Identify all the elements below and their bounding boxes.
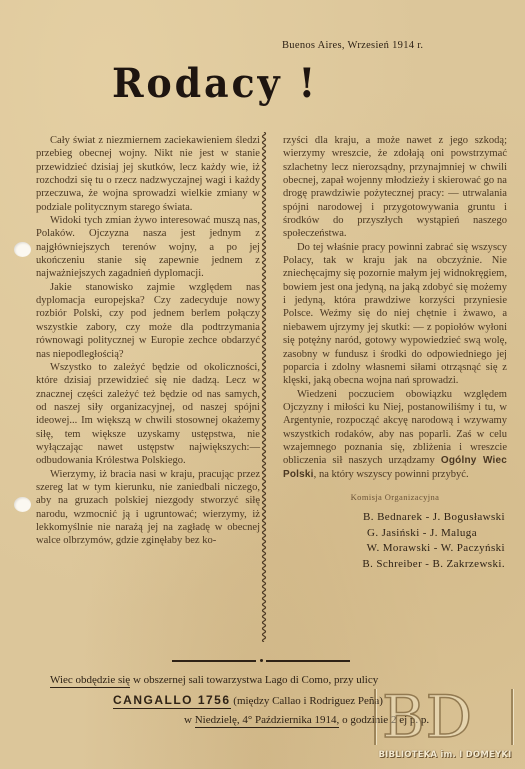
- right-column: rzyści dla kraju, a może nawet z jego sz…: [283, 134, 507, 572]
- library-watermark: BD BIBLIOTEKA im. I DOMEYKI: [372, 686, 518, 762]
- paragraph: Wierzymy, iż bracia nasi w kraju, pracuj…: [36, 468, 260, 548]
- leaflet-page: Buenos Aires, Wrzesień 1914 r. Rodacy ! …: [0, 0, 525, 769]
- committee-member-row: B. Schreiber - B. Zakrzewski.: [283, 557, 505, 572]
- ornamental-rule: [172, 660, 350, 662]
- committee-member-row: W. Morawski - W. Paczyński: [283, 541, 505, 556]
- committee-members: B. Bednarek - J. Bogusławski G. Jasiński…: [283, 510, 507, 572]
- paragraph: rzyści dla kraju, a może nawet z jego sz…: [283, 134, 507, 241]
- announcement-line-2: CANGALLO 1756 (między Callao i Rodriguez…: [113, 693, 383, 707]
- paragraph: Widoki tych zmian żywo interesować muszą…: [36, 214, 260, 281]
- announcement-line-1: Wiec obdędzie się w obszernej sali towar…: [50, 674, 378, 686]
- paragraph: Do tej właśnie pracy powinni zabrać się …: [283, 241, 507, 388]
- left-column: Cały świat z niezmiernem zaciekawieniem …: [36, 134, 260, 548]
- announcement-text: w obszernej sali towarzystwa Lago di Com…: [130, 674, 378, 686]
- paragraph: Wiedzeni poczuciem obowiązku względem Oj…: [283, 388, 507, 481]
- event-date: Niedzielę, 4° Października 1914,: [195, 714, 340, 728]
- committee-label: Komisja Organizacyjna: [283, 491, 507, 504]
- announcement-underlined: Wiec obdędzie się: [50, 674, 130, 688]
- punch-hole: [14, 497, 31, 512]
- street-note: (między Callao i Rodriguez Peña): [231, 695, 383, 707]
- paragraph: Cały świat z niezmiernem zaciekawieniem …: [36, 134, 260, 214]
- paragraph-text: , na który wszyscy powinni przybyć.: [314, 469, 469, 480]
- punch-hole: [14, 242, 31, 257]
- page-title: Rodacy !: [112, 60, 318, 107]
- watermark-caption: BIBLIOTEKA im. I DOMEYKI: [372, 750, 518, 760]
- dateline: Buenos Aires, Wrzesień 1914 r.: [282, 40, 423, 51]
- watermark-logo: BD: [382, 686, 473, 748]
- announcement-text: w: [184, 714, 195, 726]
- paragraph: Jakie stanowisko zajmie względem nas dyp…: [36, 281, 260, 361]
- paragraph: Wszystko to zależyć będzie od okolicznoś…: [36, 361, 260, 468]
- committee-member-row: B. Bednarek - J. Bogusławski: [283, 510, 505, 525]
- committee-member-row: G. Jasiński - J. Maluga: [283, 526, 505, 541]
- wavy-column-divider: [259, 132, 269, 642]
- street-address: CANGALLO 1756: [113, 693, 231, 709]
